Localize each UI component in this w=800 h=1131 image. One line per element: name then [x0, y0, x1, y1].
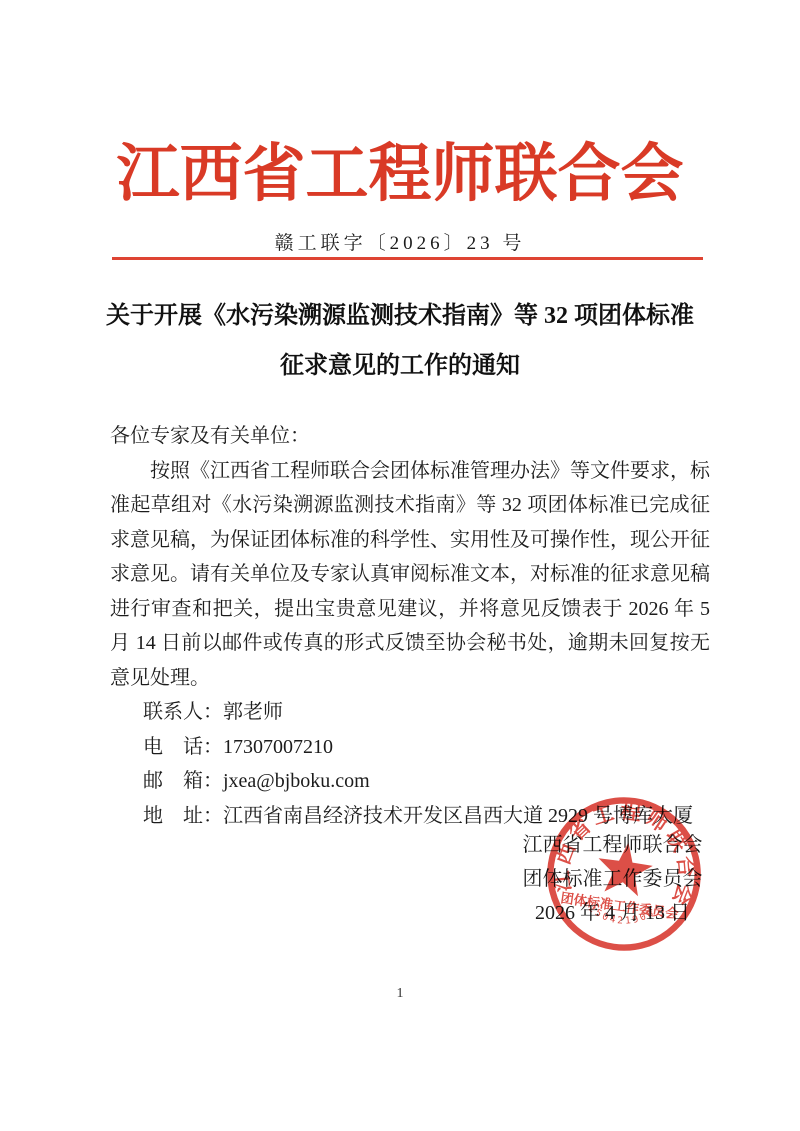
- page-number: 1: [0, 986, 800, 1002]
- contact-person-label: 联系人：: [143, 701, 223, 723]
- salutation: 各位专家及有关单位：: [110, 419, 710, 454]
- org-title: 江西省工程师联合会: [0, 122, 800, 226]
- signature-org-line1: 江西省工程师联合会: [505, 828, 720, 862]
- contact-phone-row: 电 话：17307007210: [110, 730, 710, 765]
- doc-number: 赣工联字〔2026〕23 号: [0, 228, 800, 255]
- red-divider-rule: [112, 257, 703, 260]
- signature-org-line2: 团体标准工作委员会: [505, 862, 720, 896]
- contact-person-value: 郭老师: [223, 701, 283, 723]
- notice-title-line1: 关于开展《水污染溯源监测技术指南》等 32 项团体标准: [60, 291, 740, 341]
- notice-title-line2: 征求意见的工作的通知: [60, 341, 740, 391]
- signature-date: 2026 年 4 月 13 日: [505, 896, 720, 930]
- document-page: 江西省工程师联合会 赣工联字〔2026〕23 号 关于开展《水污染溯源监测技术指…: [0, 0, 800, 1131]
- contact-phone-value: 17307007210: [223, 736, 333, 758]
- contact-email-row: 邮 箱：jxea@bjboku.com: [110, 764, 710, 799]
- contact-email-value: jxea@bjboku.com: [223, 770, 370, 792]
- contact-address-value: 江西省南昌经济技术开发区昌西大道 2929 号博库大厦: [223, 805, 693, 827]
- contact-person-row: 联系人：郭老师: [110, 695, 710, 730]
- body-text: 各位专家及有关单位： 按照《江西省工程师联合会团体标准管理办法》等文件要求，标准…: [110, 419, 710, 833]
- notice-title: 关于开展《水污染溯源监测技术指南》等 32 项团体标准 征求意见的工作的通知: [60, 291, 740, 391]
- contact-email-label: 邮 箱：: [143, 770, 223, 792]
- contact-address-label: 地 址：: [143, 805, 223, 827]
- main-paragraph: 按照《江西省工程师联合会团体标准管理办法》等文件要求，标准起草组对《水污染溯源监…: [110, 454, 710, 696]
- signature-block: 江西省工程师联合会 团体标准工作委员会 2026 年 4 月 13 日: [505, 828, 720, 930]
- contact-phone-label: 电 话：: [143, 736, 223, 758]
